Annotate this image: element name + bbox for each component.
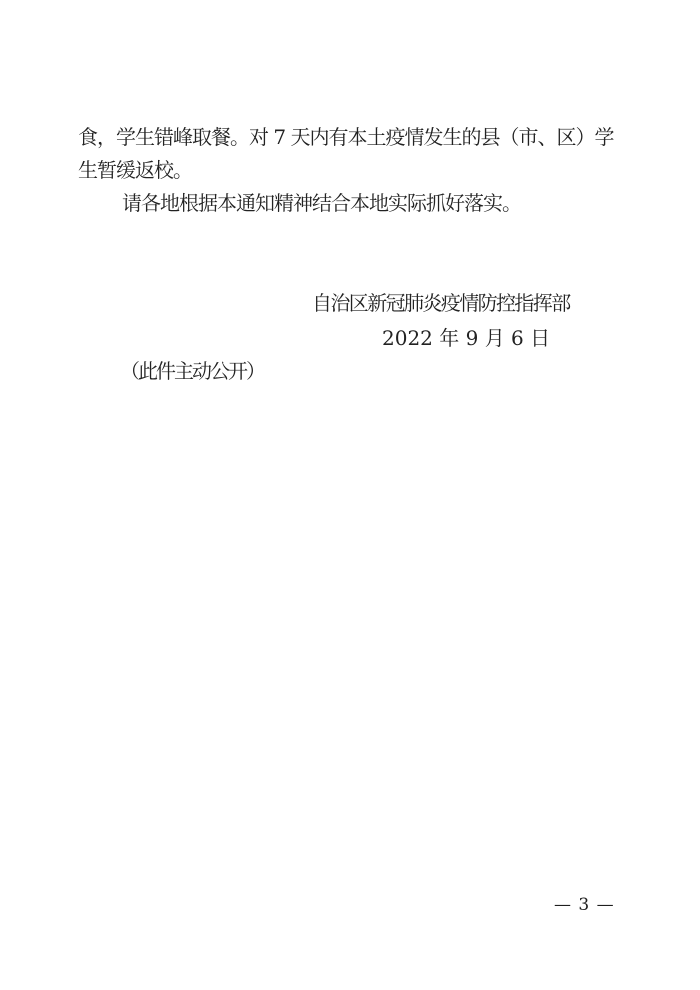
body-paragraph-closing-line: 请各地根据本通知精神结合本地实际抓好落实。: [78, 187, 638, 220]
signoff-organization: 自治区新冠肺炎疫情防控指挥部: [312, 291, 570, 315]
signoff-date: 2022 年 9 月 6 日: [382, 326, 550, 350]
page-number: — 3 —: [554, 895, 615, 915]
disclosure-note: （此件主动公开）: [120, 359, 264, 383]
document-canvas: { "page": { "background_color": "#ffffff…: [0, 0, 700, 990]
body-text-block: 食，学生错峰取餐。对 7 天内有本土疫情发生的县（市、区）学 生暂缓返校。 请各…: [78, 121, 638, 220]
body-paragraph-line-1: 食，学生错峰取餐。对 7 天内有本土疫情发生的县（市、区）学: [78, 121, 638, 154]
body-paragraph-line-2: 生暂缓返校。: [78, 154, 638, 187]
document-page: 食，学生错峰取餐。对 7 天内有本土疫情发生的县（市、区）学 生暂缓返校。 请各…: [0, 0, 700, 990]
